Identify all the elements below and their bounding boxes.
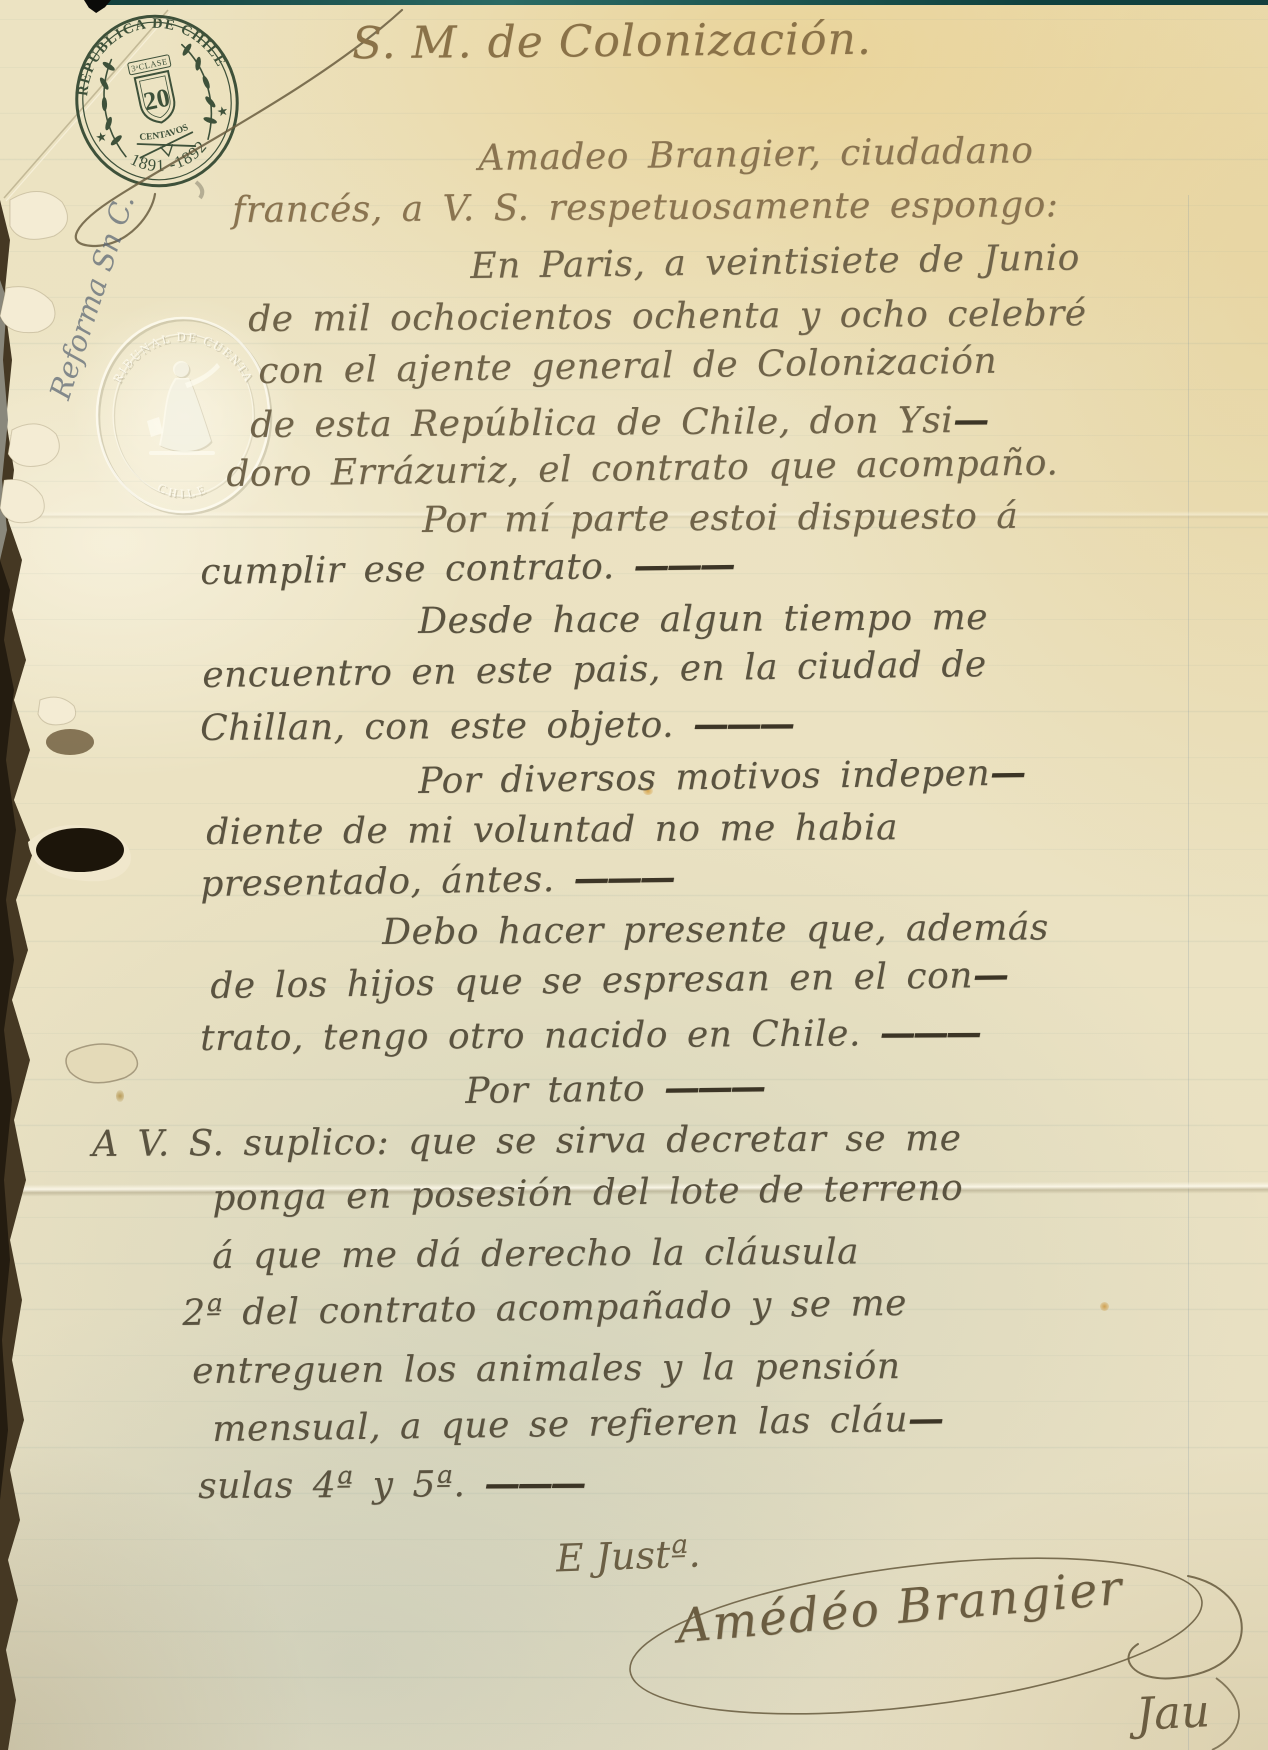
handwritten-line: de mil ochocientos ochenta y ocho celebr… (248, 293, 1087, 340)
pen-dash: ——— (664, 1066, 764, 1109)
handwritten-line: de los hijos que se espresan en el con— (210, 954, 1006, 1007)
pen-dash: — (953, 399, 986, 441)
handwritten-line: Debo hacer presente que, además (382, 907, 1049, 953)
pen-dash: — (990, 752, 1024, 794)
foxing-speck (1100, 1302, 1109, 1311)
handwritten-line: mensual, a que se refieren las cláu— (212, 1398, 941, 1450)
handwritten-line: trato, tengo otro nacido en Chile. ——— (200, 1012, 979, 1059)
handwritten-line: Amadeo Brangier, ciudadano (478, 130, 1034, 179)
handwritten-line: A V. S. suplico: que se sirva decretar s… (92, 1118, 962, 1165)
pen-dash: ——— (573, 856, 673, 899)
handwritten-line: con el ajente general de Colonización (258, 341, 997, 392)
signature-partial: Jau (1135, 1684, 1212, 1741)
handwritten-line: sulas 4ª y 5ª. ——— (198, 1462, 583, 1507)
handwritten-line: Desde hace algun tiempo me (418, 597, 988, 642)
handwritten-line: ponga en posesión del lote de terreno (212, 1168, 963, 1219)
handwritten-line: En Paris, a veintisiete de Junio (470, 237, 1080, 287)
handwritten-line: Por tanto ——— (465, 1066, 763, 1112)
handwritten-line: doro Errázuriz, el contrato que acompaño… (226, 442, 1059, 495)
handwritten-line: de esta República de Chile, don Ysi— (250, 399, 986, 446)
pen-dash: ——— (693, 703, 792, 746)
manuscript-page: ★ ★ REPUBLICA DE CHILE 3ᵃCLASE 20 CENTAV… (0, 0, 1268, 1750)
pen-dash: — (973, 954, 1007, 996)
handwritten-line: Chillan, con este objeto. ——— (200, 703, 792, 749)
handwritten-line: diente de mi voluntad no me habia (206, 807, 898, 853)
handwritten-line: presentado, ántes. ——— (200, 856, 673, 905)
handwritten-line: á que me dá derecho la cláusula (212, 1231, 859, 1277)
handwritten-line: francés, a V. S. respetuosamente espongo… (232, 184, 1059, 231)
pen-dash: ——— (880, 1012, 979, 1055)
pen-dash: ——— (633, 544, 733, 587)
handwritten-line: encuentro en este pais, en la ciudad de (202, 644, 987, 696)
handwritten-line: 2ª del contrato acompañado y se me (182, 1283, 907, 1334)
handwritten-line: Por diversos motivos indepen— (418, 752, 1023, 802)
handwritten-line: cumplir ese contrato. ——— (200, 544, 733, 593)
pen-dash: — (908, 1398, 942, 1440)
handwritten-line: entreguen los animales y la pensión (192, 1346, 901, 1392)
document-heading: S. M. de Colonización. (352, 14, 872, 70)
pen-dash: ——— (484, 1462, 583, 1505)
handwritten-line: Por mí parte estoi dispuesto á (422, 496, 1018, 541)
margin-rule (1188, 195, 1189, 1750)
